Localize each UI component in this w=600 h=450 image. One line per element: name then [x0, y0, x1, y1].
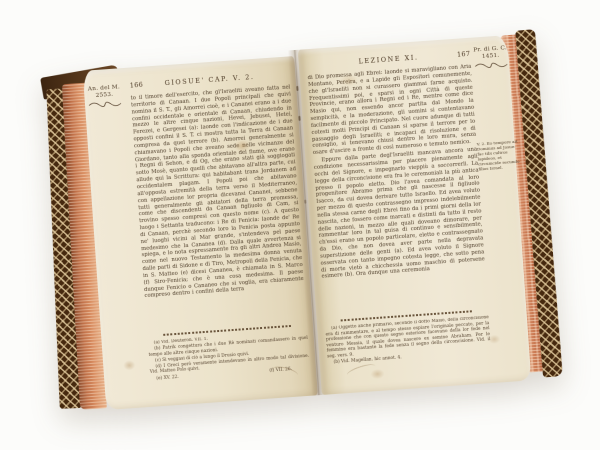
book-photograph: An. del M. 2553. 166 GIOSUE' CAP. V. 2. …	[0, 0, 600, 450]
right-page-header: LEZIONE XI. 167	[307, 50, 471, 61]
latin-verse-side-note: V. 2. Eo tempore ait Dominus ad Josue: f…	[477, 139, 522, 172]
left-page-header: 166 GIOSUE' CAP. V. 2.	[130, 70, 290, 81]
margin-note-year: 1451.	[482, 53, 500, 60]
flourish-ornament	[88, 99, 122, 109]
binding-stitch	[296, 86, 298, 91]
paragraph: Eppure dalla parte degl'Israeliti mancav…	[313, 147, 485, 281]
margin-note-anno-mundi: An. del M. 2553.	[84, 84, 126, 110]
paragraph: di Dio promessa agli Ebrei: laonde si ma…	[307, 64, 476, 157]
binding-stitch	[298, 116, 300, 121]
footnotes-left: (a) Vid. Deuteron. VII. 1. (b) Patrik co…	[148, 330, 312, 397]
right-page: LEZIONE XI. 167 Pr. di G. C. 1451. V. 2.…	[298, 35, 532, 395]
open-book: An. del M. 2553. 166 GIOSUE' CAP. V. 2. …	[38, 31, 564, 421]
margin-note-label: An. del M.	[88, 84, 121, 92]
margin-note-ante-christum: Pr. di G. C. 1451.	[469, 45, 513, 71]
right-page-body-text: di Dio promessa agli Ebrei: laonde si ma…	[307, 64, 487, 315]
footnote: (e) XV. 22.	[156, 375, 179, 382]
margin-note-year: 2553.	[95, 92, 113, 99]
margin-note-label: Pr. di G. C.	[473, 45, 507, 53]
binding-stitch	[304, 200, 306, 204]
left-page-body-text: to il timore dell'esercito, che gl'Israe…	[130, 84, 306, 329]
flourish-ornament	[474, 60, 508, 70]
left-page: An. del M. 2553. 166 GIOSUE' CAP. V. 2. …	[83, 56, 318, 410]
